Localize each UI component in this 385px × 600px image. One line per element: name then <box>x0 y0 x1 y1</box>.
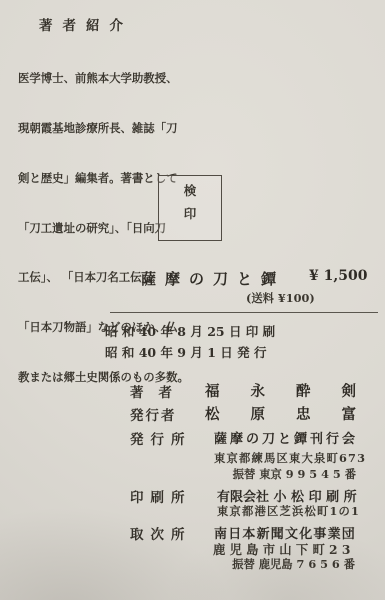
bio-line: 剣と歴史」編集者。著書として <box>18 170 168 187</box>
printer-label: 印刷所 <box>130 486 192 506</box>
author-intro-heading: 著者紹介 <box>39 14 133 34</box>
publishing-office-address: 東京都練馬区東大泉町673 <box>214 450 366 466</box>
distributor-label: 取次所 <box>130 523 192 543</box>
publishing-office-postal: 振替 東京 9 9 5 4 5 番 <box>233 466 356 482</box>
bio-line: 「刀工遺址の研究」、「日向刀 <box>18 220 168 237</box>
printed-date: 昭 和 40 年 8 月 25 日 印 刷 <box>105 322 275 340</box>
postage-note: (送料 ¥100) <box>246 290 315 306</box>
publishing-office-label: 発行所 <box>130 428 192 448</box>
author-label: 著者 <box>130 381 187 401</box>
book-colophon-page: 著者紹介 医学博士、前熊本大学助教授、 現朝霞基地診療所長、雑誌「刀 剣と歴史」… <box>0 0 385 600</box>
bio-line: 医学博士、前熊本大学助教授、 <box>18 70 168 87</box>
horizontal-rule <box>110 312 378 313</box>
bio-line: 現朝霞基地診療所長、雑誌「刀 <box>18 120 168 137</box>
published-date: 昭 和 40 年 9 月 1 日 発 行 <box>105 343 266 361</box>
publishing-office-name: 薩摩の刀と鐔刊行会 <box>214 428 358 447</box>
stamp-char-top: 検 <box>184 184 197 197</box>
book-title: 薩摩の刀と鐔 <box>141 268 285 289</box>
publisher-label: 発行者 <box>130 404 177 424</box>
author-name: 福永酔剣 <box>205 380 385 401</box>
author-bio: 医学博士、前熊本大学助教授、 現朝霞基地診療所長、雑誌「刀 剣と歴史」編集者。著… <box>18 37 168 419</box>
price: ¥ 1,500 <box>309 268 367 284</box>
stamp-char-bottom: 印 <box>184 207 197 220</box>
printer-address: 東京都港区芝浜松町1の1 <box>217 503 360 519</box>
inspection-stamp-box: 検 印 <box>158 175 222 241</box>
publisher-name: 松原忠富 <box>205 403 385 424</box>
distributor-postal: 振替 鹿児島 7 6 5 6 番 <box>232 556 355 572</box>
